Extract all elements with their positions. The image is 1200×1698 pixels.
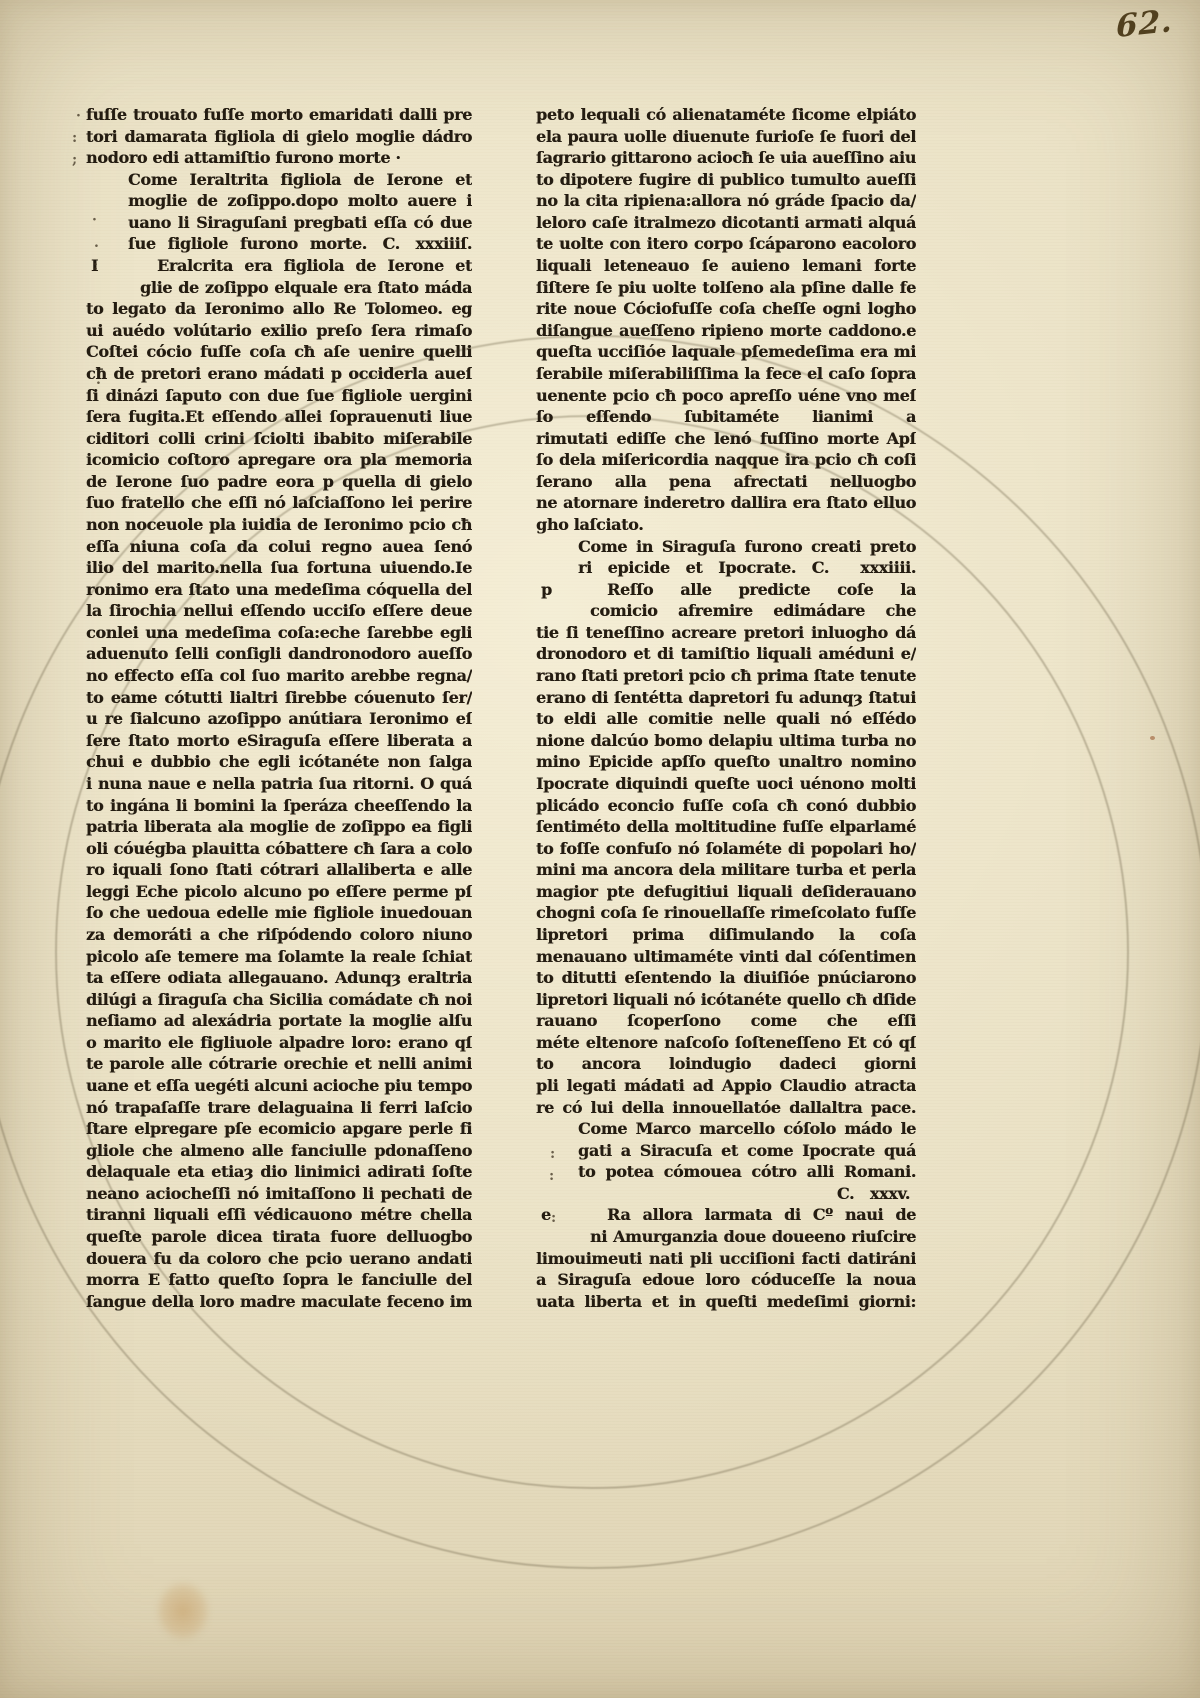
text-line: diſangue aueſſeno ripieno morte caddono.…: [536, 320, 916, 342]
text-line: ſagrario gittarono aciocħ ſe uia aueſſin…: [536, 147, 916, 169]
margin-mark: ;: [72, 152, 77, 168]
text-line: ſera fugita.Et eſſendo allei ſoprauenuti…: [86, 406, 472, 428]
text-line: te uolte con itero corpo ſcáparono eacol…: [536, 233, 916, 255]
text-line: patria liberata ala moglie de zoſippo ea…: [86, 816, 472, 838]
paper-stain: [146, 1570, 220, 1652]
text-line: ſangue della loro madre maculate feceno …: [86, 1291, 472, 1313]
text-line: ui auédo volútario exilio preſo ſera rim…: [86, 320, 472, 342]
text-line: to ancora loindugio dadeci giorni ipetra…: [536, 1053, 916, 1075]
text-line: no la cita ripiena:allora nó gráde ſpaci…: [536, 190, 916, 212]
text-line: conlei una medeſima coſa:eche ſarebbe eg…: [86, 622, 472, 644]
text-line: Come Marco marcello cóſolo mádo le: [536, 1118, 916, 1140]
text-line: ſo eſſendo ſubitaméte lianimi a miſerico…: [536, 406, 916, 428]
text-line: lipretori prima diſimulando la coſa plal…: [536, 924, 916, 946]
text-line: fuſſe trouato fuſſe morto emaridati dall…: [86, 104, 472, 126]
text-line: u re ſialcuno azoſippo anútiara Ieronimo…: [86, 708, 472, 730]
folio-number: 62.: [1116, 3, 1173, 45]
text-line: dronodoro et di tamiſtio liquali améduni…: [536, 643, 916, 665]
text-line: ilio del marito.nella ſua fortuna uiuend…: [86, 557, 472, 579]
text-column-left: fuſſe trouato fuſſe morto emaridati dall…: [86, 104, 472, 1312]
text-line: ſo che uedoua edelle mie figliole inuedo…: [86, 902, 472, 924]
text-line: douera fu da coloro che pcio uerano anda…: [86, 1248, 472, 1270]
text-line: neſiamo ad alexádria portate la moglie a…: [86, 1010, 472, 1032]
text-line: ri epicide et Ipocrate. C. xxxiiii.: [536, 557, 916, 579]
text-line: erano di ſentétta dapretori fu adunqȝ ſt…: [536, 687, 916, 709]
text-line: tori damarata figliola di gielo moglie d…: [86, 126, 472, 148]
text-line: to ditutti eſentendo la diuiſióe pnúciar…: [536, 967, 916, 989]
text-line: glie de zoſippo elquale era ſtato máda: [86, 277, 472, 299]
text-line: leggi Eche picolo alcuno po eſſere perme…: [86, 881, 472, 903]
text-line: tie ſi teneſſino acreare pretori inluogh…: [536, 622, 916, 644]
text-line: mino Epicide apſſo queſto unaltro nomino: [536, 751, 916, 773]
text-line: no effecto eſſa col ſuo marito arebbe re…: [86, 665, 472, 687]
text-line: ronimo era ſtato una medeſima cóquella d…: [86, 579, 472, 601]
text-line: Ipocrate diquindi queſte uoci uénono mol…: [536, 773, 916, 795]
text-line: ciditori colli crini ſciolti ibabito miſ…: [86, 428, 472, 450]
margin-mark: .: [94, 235, 99, 251]
text-line: IEralcrita era figliola de Ierone et mo: [86, 255, 472, 277]
text-line: ſere ſtato morto eSiraguſa eſſere libera…: [86, 730, 472, 752]
text-line: eRa allora larmata di Cº naui de roma: [536, 1204, 916, 1226]
paper-speck: [1150, 736, 1155, 740]
text-line: a Siraguſa edoue loro códuceſſe la noua …: [536, 1269, 916, 1291]
margin-mark: ·: [92, 212, 97, 228]
text-line: icomicio coſtoro apregare ora pla memori…: [86, 449, 472, 471]
margin-mark: :: [551, 1210, 556, 1226]
text-line: te parole alle cótrarie orechie et nelli…: [86, 1053, 472, 1075]
text-line: neano aciocheſſi nó imitaſſono li pechat…: [86, 1183, 472, 1205]
text-line: ne atornare inderetro dallira era ſtato …: [536, 492, 916, 514]
text-line: non noceuole pla iuidia de Ieronimo pcio…: [86, 514, 472, 536]
text-line: queſta ucciſióe laquale pſemedeſima era …: [536, 341, 916, 363]
margin-mark: ·: [76, 108, 81, 124]
text-line: ſiſtere ſe piu uolte tolſeno ala pſine d…: [536, 277, 916, 299]
text-line: to foſſe confuſo nó ſolaméte di popolari…: [536, 838, 916, 860]
text-line: uano li Siraguſani pregbati eſſa có due: [86, 212, 472, 234]
text-column-right: peto lequali có alienataméte ſicome elpi…: [536, 104, 916, 1312]
text-line: gho laſciato.: [536, 514, 916, 536]
text-line: o marito ele figliuole alpadre loro: era…: [86, 1032, 472, 1054]
text-line: pReſſo alle predicte coſe la moltitudie: [536, 579, 916, 601]
text-line: ſo dela miſericordia naqque ira pcio cħ …: [536, 449, 916, 471]
text-line: mini ma ancora dela militare turba et pe…: [536, 859, 916, 881]
text-line: aduenuto ſelli conſigli dandronodoro aue…: [86, 643, 472, 665]
text-line: za demoráti a che riſpódendo coloro niun…: [86, 924, 472, 946]
text-line: dilúgi a ſiraguſa cha Sicilia comádate c…: [86, 989, 472, 1011]
text-line: pli legati mádati ad Appio Claudio atrac…: [536, 1075, 916, 1097]
text-line: to potea cómouea cótro alli Romani.: [536, 1161, 916, 1183]
text-line: to legato da Ieronimo allo Re Tolomeo. e…: [86, 298, 472, 320]
text-line: de Ierone ſuo padre eora p quella di gie…: [86, 471, 472, 493]
text-line: ſue figliole furono morte. C. xxxiiiſ.: [86, 233, 472, 255]
text-line: tiranni liquali eſſi védicauono métre ch…: [86, 1204, 472, 1226]
text-line: delaquale eta etiaȝ dio linimici adirati…: [86, 1161, 472, 1183]
text-line: méte eltenore naſcoſo ſoſteneſſeno Et có…: [536, 1032, 916, 1054]
text-line: chogni coſa ſe rinouellaſſe rimeſcolato …: [536, 902, 916, 924]
text-line: nó trapaſaſſe trare delaguaina li ferri …: [86, 1097, 472, 1119]
text-line: queſte parole dicea tirata fuore delluog…: [86, 1226, 472, 1248]
text-line: to eldi alle comitie nelle quali nó eſſé…: [536, 708, 916, 730]
text-line: menauano ultimaméte vinti dal cóſentimen: [536, 946, 916, 968]
text-line: uenente pcio cħ poco apreſſo uéne vno me…: [536, 385, 916, 407]
text-line: to dipotere fugire di publico tumulto au…: [536, 169, 916, 191]
initial-letter: p: [541, 579, 552, 601]
text-line: limouimeuti nati pli ucciſioni facti dat…: [536, 1248, 916, 1270]
text-line: moglie de zoſippo.dopo molto auere i: [86, 190, 472, 212]
text-line: oli cóuégba plauitta cóbattere cħ ſara a…: [86, 838, 472, 860]
text-line: cħ de pretori erano mádati p occiderla a…: [86, 363, 472, 385]
margin-mark: :: [72, 130, 77, 146]
text-line: rano ſtati pretori pcio cħ prima ſtate t…: [536, 665, 916, 687]
text-line: eſſa niuna coſa da colui regno auea ſenó…: [86, 536, 472, 558]
text-line: peto lequali có alienataméte ſicome elpi…: [536, 104, 916, 126]
text-line: morra E fatto queſto ſopra le fanciulle …: [86, 1269, 472, 1291]
text-line: rite noue Cóciofuſſe coſa cheſſe ogni lo…: [536, 298, 916, 320]
text-line: nodoro edi attamiſtio furono morte ·: [86, 147, 472, 169]
text-line: uane et eſſa uegéti alcuni acioche piu t…: [86, 1075, 472, 1097]
text-line: re có lui della innouellatóe dallaltra p…: [536, 1097, 916, 1119]
text-line: C. xxxv.: [536, 1183, 916, 1205]
book-page: 62. fuſſe trouato fuſſe morto emaridati …: [0, 0, 1200, 1698]
text-line: uata liberta et in queſti medeſimi giorn…: [536, 1291, 916, 1313]
text-line: Come Ieraltrita figliola de Ierone et: [86, 169, 472, 191]
text-line: ro iquali ſono ſtati cótrari allaliberta…: [86, 859, 472, 881]
text-line: Coſtei cócio fuſſe coſa cħ aſe uenire qu…: [86, 341, 472, 363]
text-line: ta eſſere odiata allegauano. Adunqȝ eral…: [86, 967, 472, 989]
text-line: la ſirochia nellui eſſendo ucciſo eſſere…: [86, 600, 472, 622]
text-line: to ingána li bomini la ſperáza cheeſſend…: [86, 795, 472, 817]
text-line: chui e dubbio che egli icótanéte non ſal…: [86, 751, 472, 773]
text-line: rimutati ediſſe che lenó fuſſino morte A…: [536, 428, 916, 450]
text-line: comicio afremire edimádare che comi: [536, 600, 916, 622]
margin-mark: :: [550, 1146, 555, 1162]
text-line: ſtare elpregare pſe ecomicio apgare perl…: [86, 1118, 472, 1140]
text-line: lipretori liquali nó icótanéte quello cħ…: [536, 989, 916, 1011]
text-line: nione dalcúo bomo delapiu ultima turba n…: [536, 730, 916, 752]
text-line: gliole che almeno alle fanciulle pdonaſſ…: [86, 1140, 472, 1162]
text-line: to eame cótutti lialtri ſirebbe cóuenuto…: [86, 687, 472, 709]
margin-mark: :: [549, 1168, 554, 1184]
margin-mark: .: [96, 372, 101, 388]
text-line: ſerano alla pena afrectati nelluogbo apo…: [536, 471, 916, 493]
text-line: leloro caſe itralmezo dicotanti armati a…: [536, 212, 916, 234]
margin-mark: :: [93, 258, 98, 274]
initial-letter: e: [541, 1204, 551, 1226]
text-line: ſi dinázi ſaputo con due ſue figliole ue…: [86, 385, 472, 407]
text-line: Come in Siraguſa furono creati preto: [536, 536, 916, 558]
text-line: gati a Siracuſa et come Ipocrate quá: [536, 1140, 916, 1162]
text-line: ſentiméto della moltitudine fuſſe elparl…: [536, 816, 916, 838]
text-line: i nuna naue e nella patria ſua ritorni. …: [86, 773, 472, 795]
text-line: plicádo econcio fuſſe coſa cħ conó dubbi…: [536, 795, 916, 817]
text-line: picolo aſe temere ma ſolamte la reale ſc…: [86, 946, 472, 968]
text-line: ſerabile miſerabiliſſima la fece el caſo…: [536, 363, 916, 385]
text-line: ni Amurganzia doue doueeno riuſcire: [536, 1226, 916, 1248]
text-line: liquali leteneauo ſe auieno lemani forte…: [536, 255, 916, 277]
text-line: ſuo fratello che eſſi nó laſciaſſono lei…: [86, 492, 472, 514]
text-line: ela paura uolle diuenute furioſe ſe fuor…: [536, 126, 916, 148]
text-line: rauano ſcoperſono come che eſſi malageuo…: [536, 1010, 916, 1032]
text-line: magior pte defugitiui liquali deſideraua…: [536, 881, 916, 903]
